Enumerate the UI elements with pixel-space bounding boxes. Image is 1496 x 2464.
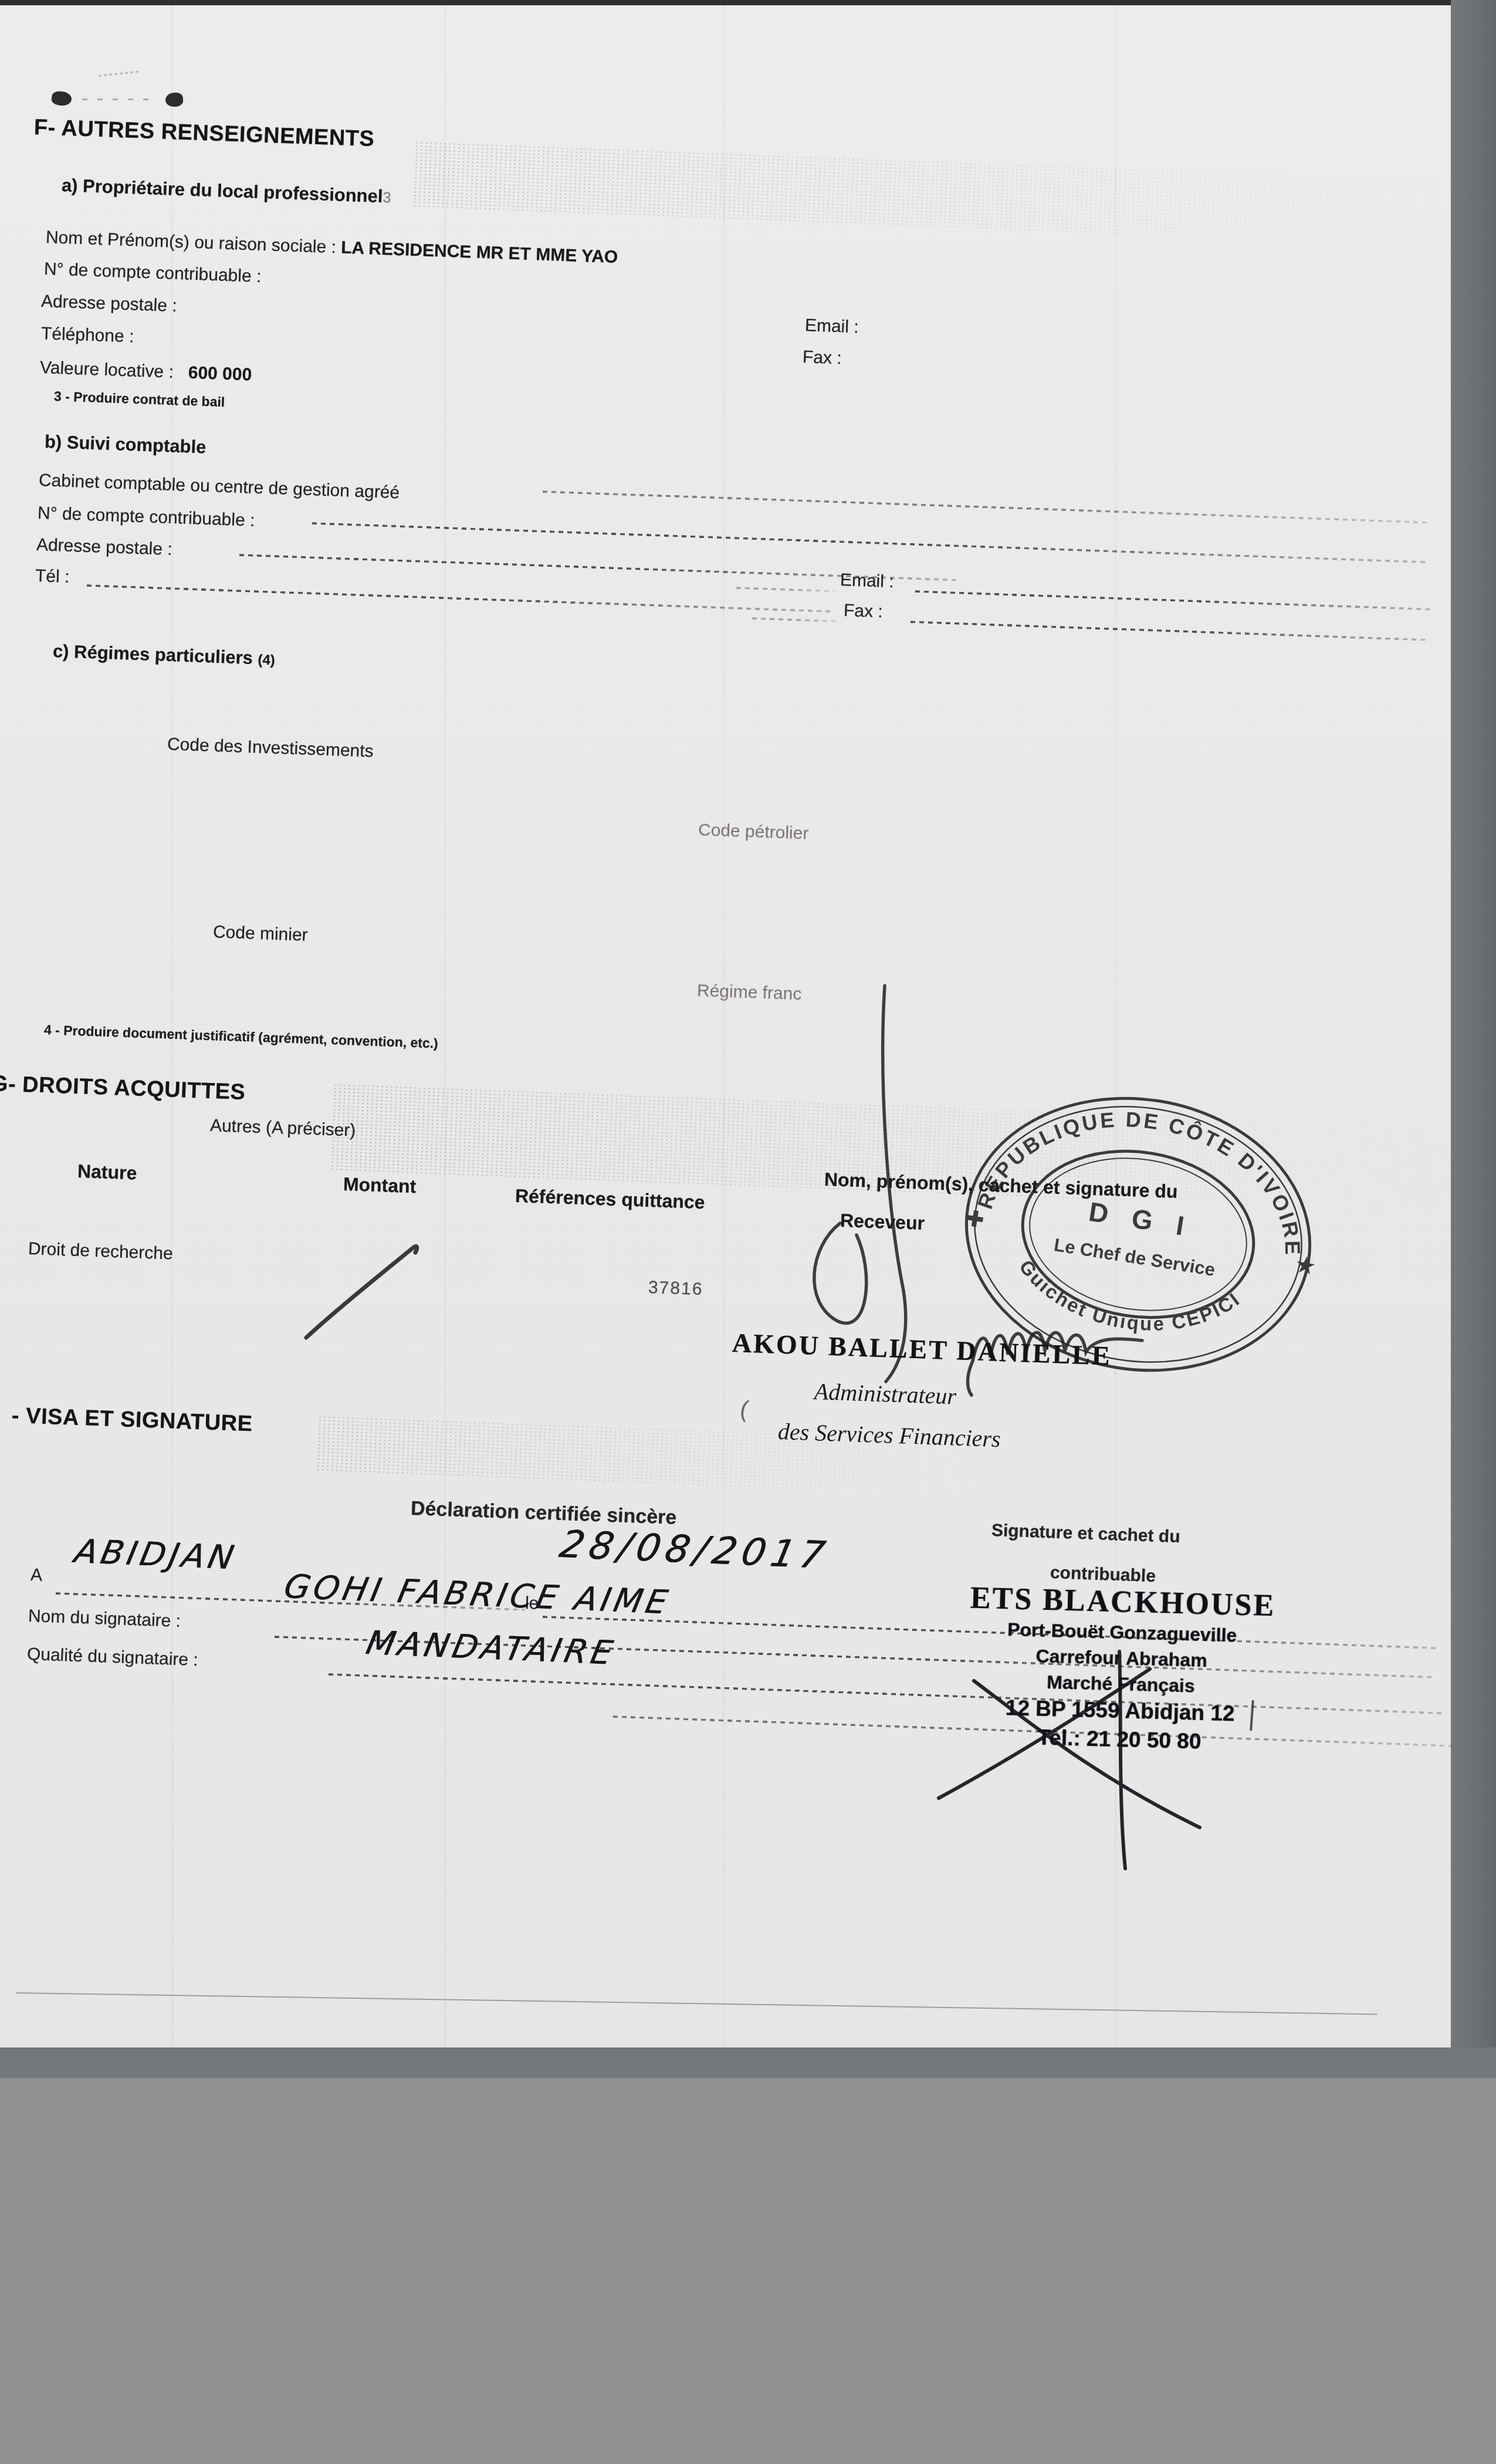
paper-crease: [723, 5, 725, 2047]
footnote-marker-4: (4): [258, 652, 275, 668]
footnote-marker-3: 3: [383, 188, 392, 206]
scan-top-edge: [0, 0, 1451, 5]
col-header-montant: Montant: [343, 1173, 417, 1197]
staple-dots: [82, 99, 158, 100]
staple-mark: [165, 92, 184, 107]
rental-value-label: Valeure locative :: [39, 358, 174, 382]
scan-bottom-edge-band: [0, 2047, 1496, 2078]
scan-right-edge: [1451, 0, 1496, 2077]
owner-phone-label: Téléphone :: [40, 324, 134, 347]
row-reference-value: 37816: [648, 1278, 703, 1300]
place-label: A: [30, 1565, 42, 1586]
b-email-label: Email :: [840, 570, 894, 593]
paper-crease: [444, 5, 446, 2047]
handwritten-check-stroke: [282, 1229, 458, 1358]
officer-title-line1: Administrateur: [814, 1377, 957, 1410]
owner-fax-label: Fax :: [802, 347, 842, 369]
stamp-star-icon: ★: [1294, 1252, 1316, 1279]
scanner-background: [0, 2078, 1496, 2464]
col-header-nature: Nature: [77, 1160, 137, 1184]
code-petrolier-label: Code pétrolier: [698, 820, 809, 844]
b-fax-label: Fax :: [843, 601, 883, 622]
contribuable-signature-cross: [903, 1619, 1267, 1901]
b-tel-label: Tél :: [35, 566, 70, 588]
place-handwritten-value: ABIDJAN: [71, 1532, 240, 1577]
scanned-document-page: F- AUTRES RENSEIGNEMENTS a) Propriétaire…: [0, 0, 1496, 2464]
rental-value: 600 000: [188, 363, 252, 385]
code-minier-label: Code minier: [212, 922, 308, 946]
owner-email-label: Email :: [804, 316, 859, 338]
